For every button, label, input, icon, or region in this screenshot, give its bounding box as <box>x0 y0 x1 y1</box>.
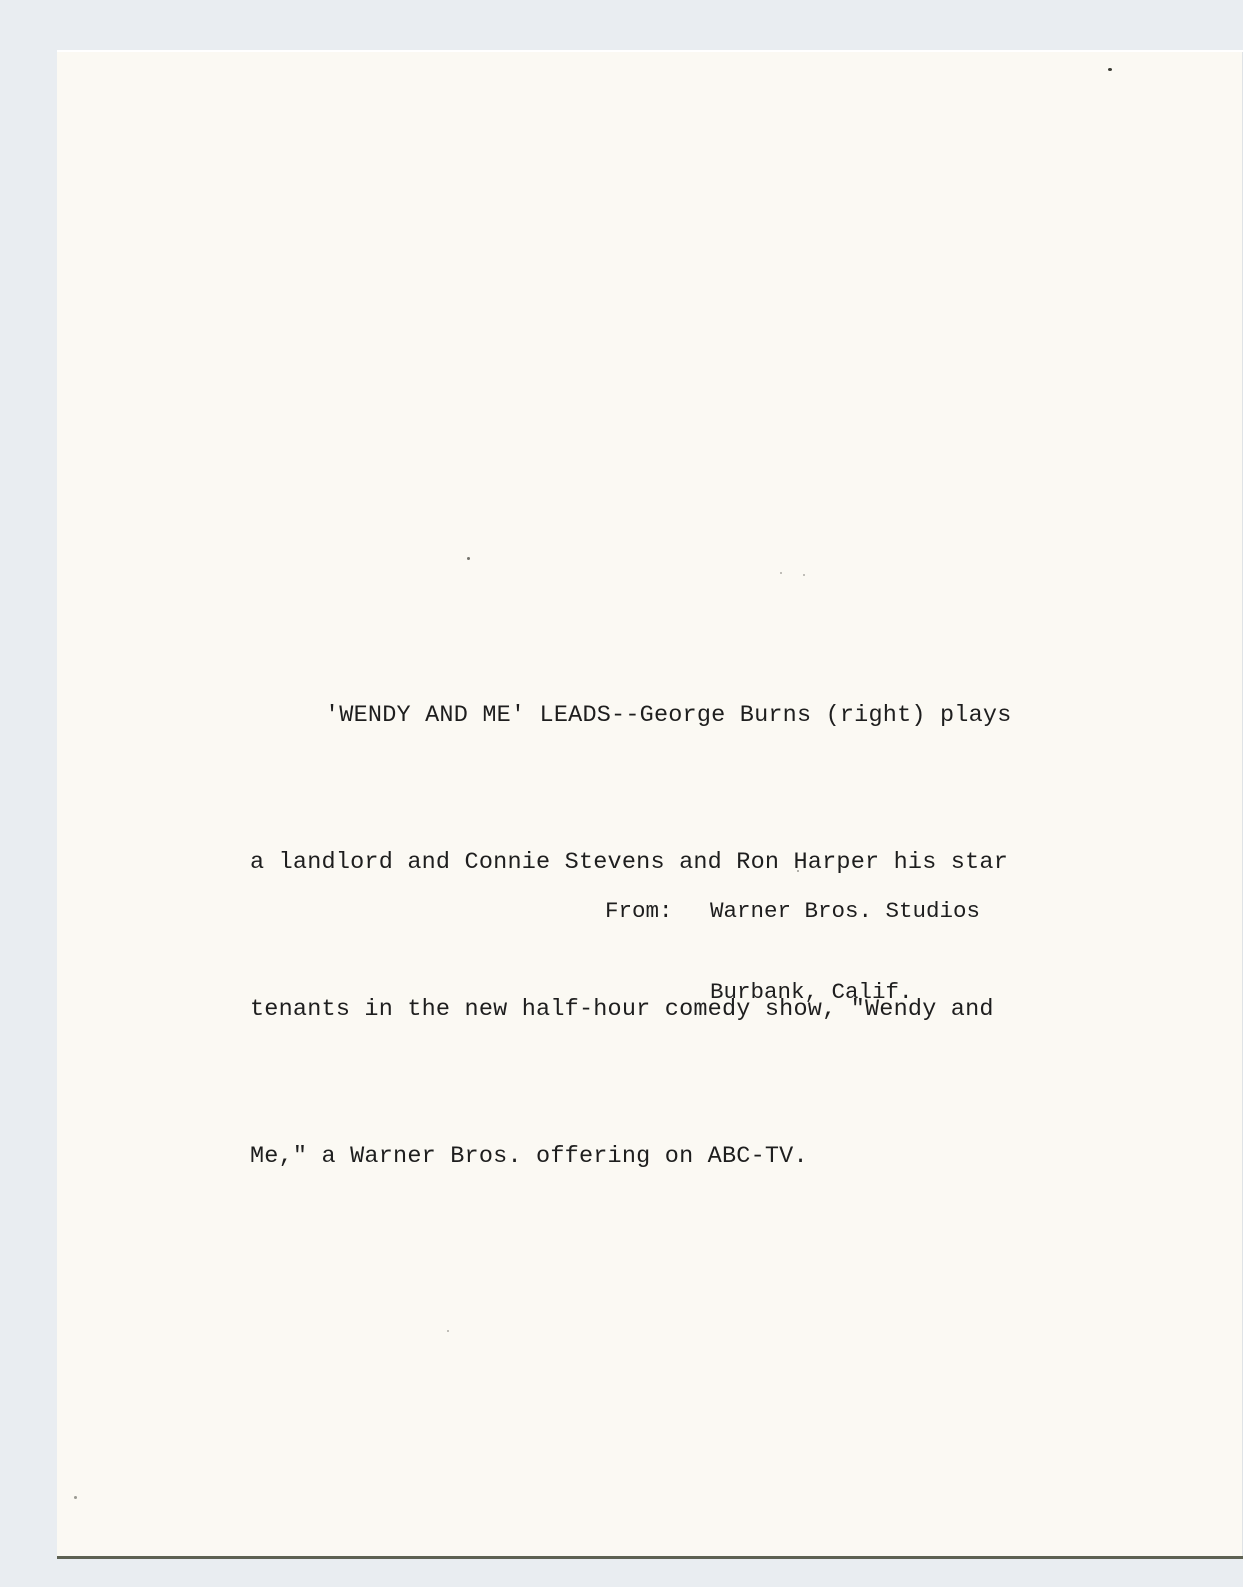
source-location: Burbank, Calif. <box>710 979 913 1006</box>
source-label: From: <box>605 898 710 925</box>
scan-speck <box>467 557 470 560</box>
source-row: Burbank, Calif. <box>605 979 980 1006</box>
scan-speck <box>447 1330 449 1332</box>
scan-speck <box>780 572 782 574</box>
scan-speck <box>1108 68 1112 71</box>
source-row: From: Warner Bros. Studios <box>605 898 980 925</box>
paper-sheet: 'WENDY AND ME' LEADS--George Burns (righ… <box>57 50 1243 1559</box>
scan-speck <box>803 574 805 576</box>
source-label-spacer <box>605 979 710 1006</box>
caption-line: 'WENDY AND ME' LEADS--George Burns (righ… <box>250 691 1070 740</box>
caption-line: Me," a Warner Bros. offering on ABC-TV. <box>250 1132 1070 1181</box>
scan-speck <box>74 1496 77 1499</box>
source-credit: From: Warner Bros. Studios Burbank, Cali… <box>605 844 980 1060</box>
paper-edge-highlight <box>57 50 1243 52</box>
source-studio: Warner Bros. Studios <box>710 898 980 925</box>
